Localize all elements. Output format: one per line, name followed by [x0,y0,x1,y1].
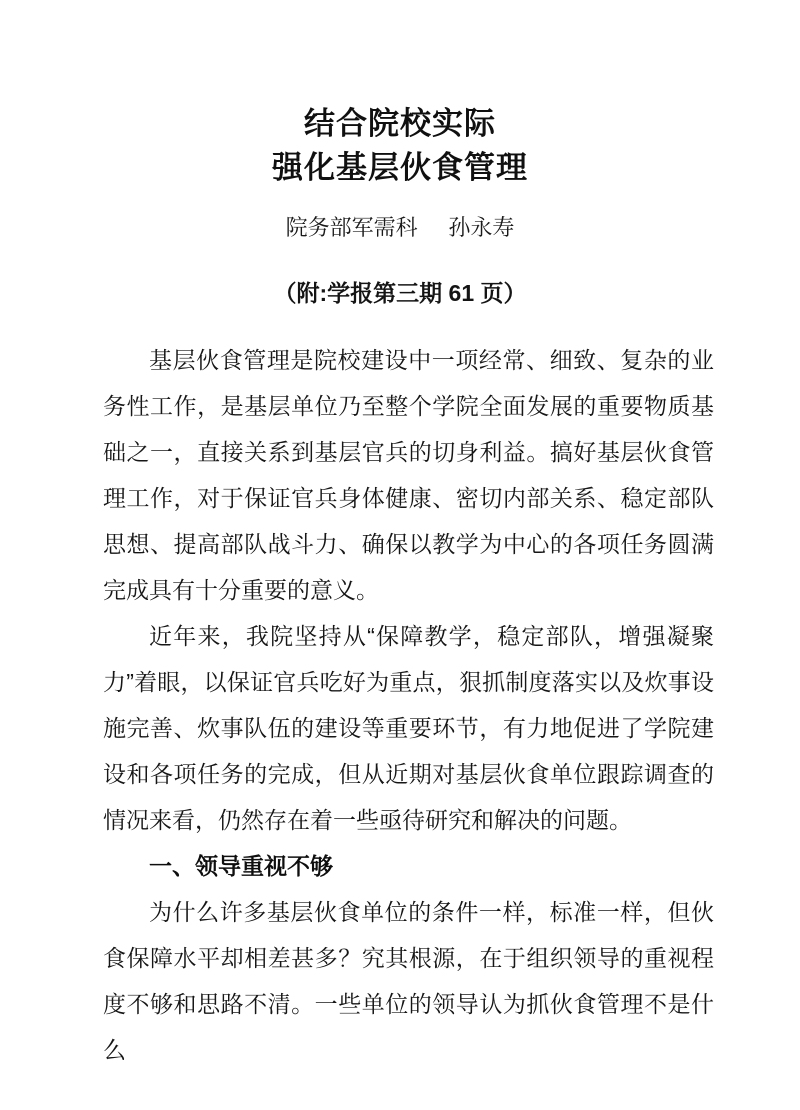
document-page: 结合院校实际 强化基层伙食管理 院务部军需科孙永寿 （附:学报第三期 61 页）… [0,0,800,1110]
author-unit: 院务部军需科 [286,215,418,240]
section-heading-1: 一、领导重视不够 [103,843,714,889]
paragraph-1: 基层伙食管理是院校建设中一项经常、细致、复杂的业务性工作，是基层单位乃至整个学院… [103,337,714,613]
author-name: 孙永寿 [448,215,514,240]
document-body: 基层伙食管理是院校建设中一项经常、细致、复杂的业务性工作，是基层单位乃至整个学院… [103,337,714,1073]
paragraph-3: 为什么许多基层伙食单位的条件一样，标准一样，但伙食保障水平却相差甚多？究其根源，… [103,889,714,1073]
document-title-line2: 强化基层伙食管理 [0,146,800,190]
paragraph-2: 近年来，我院坚持从“保障教学，稳定部队，增强凝聚力”着眼，以保证官兵吃好为重点，… [103,613,714,843]
attachment-note: （附:学报第三期 61 页） [0,277,800,309]
document-title: 结合院校实际 强化基层伙食管理 [0,102,800,190]
document-title-line1: 结合院校实际 [0,102,800,146]
byline: 院务部军需科孙永寿 [0,212,800,244]
